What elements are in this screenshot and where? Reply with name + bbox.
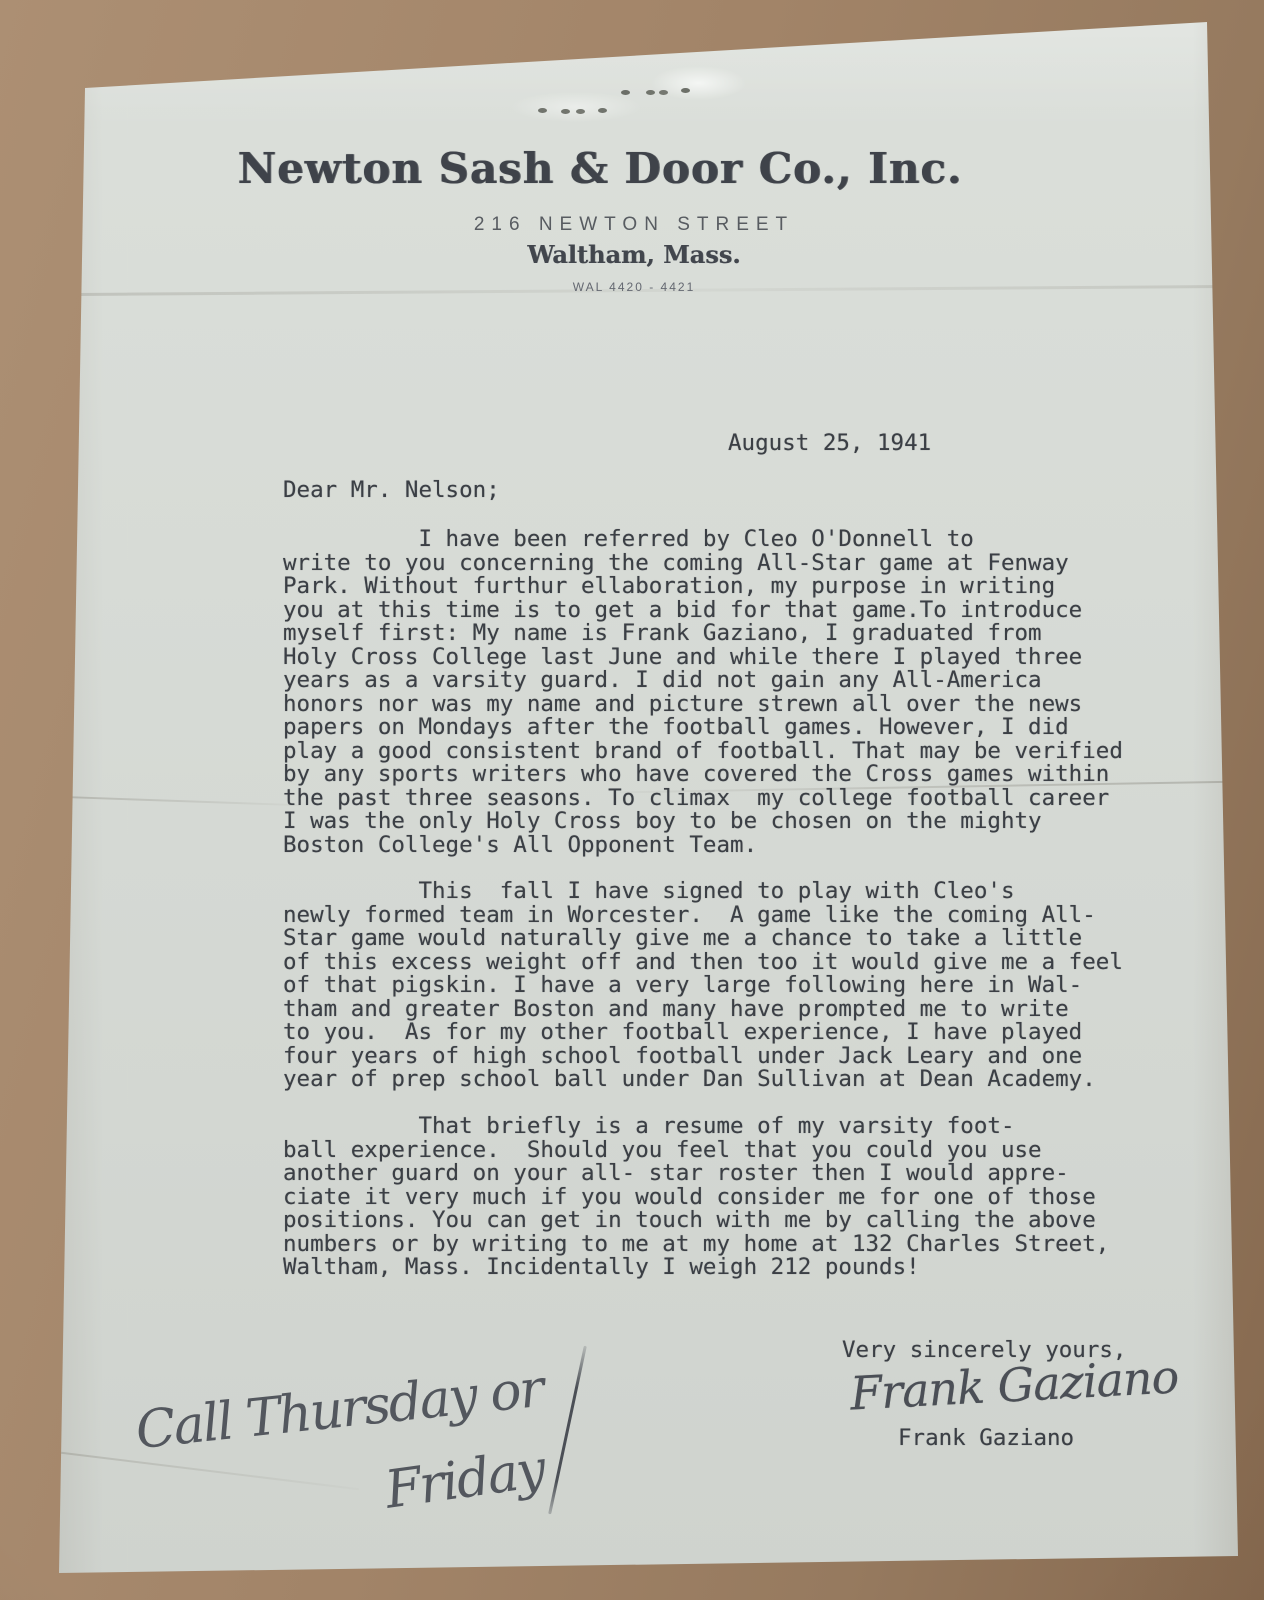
paragraph-1: I have been referred by Cleo O'Donnell t…: [283, 528, 1123, 857]
handwritten-note-line1: Call Thursday or: [133, 1359, 545, 1461]
letter-date: August 25, 1941: [728, 432, 931, 456]
salutation: Dear Mr. Nelson;: [283, 479, 500, 503]
typed-signature: Frank Gaziano: [898, 1427, 1074, 1451]
handwritten-slash-mark: [548, 1346, 587, 1515]
paragraph-2: This fall I have signed to play with Cle…: [283, 880, 1123, 1092]
letterhead-company-name: Newton Sash & Door Co., Inc.: [56, 146, 1144, 192]
erasure-smudge-lower: [511, 92, 641, 122]
photo-background: Newton Sash & Door Co., Inc. 216 NEWTON …: [0, 0, 1264, 1600]
ink-speck-marks: [538, 108, 547, 113]
letterhead-street-address: 216 NEWTON STREET: [56, 214, 1212, 236]
letter-paper: Newton Sash & Door Co., Inc. 216 NEWTON …: [56, 18, 1240, 1578]
letterhead-phone-numbers: WAL 4420 - 4421: [56, 280, 1212, 294]
fold-crease-bottom-left: [61, 1452, 359, 1491]
paragraph-3: That briefly is a resume of my varsity f…: [283, 1115, 1109, 1280]
fold-crease-middle-left: [59, 796, 299, 806]
erasure-smudge: [651, 66, 746, 100]
handwritten-note-line2: Friday: [382, 1439, 548, 1521]
letterhead-city-state: Waltham, Mass.: [56, 240, 1212, 269]
